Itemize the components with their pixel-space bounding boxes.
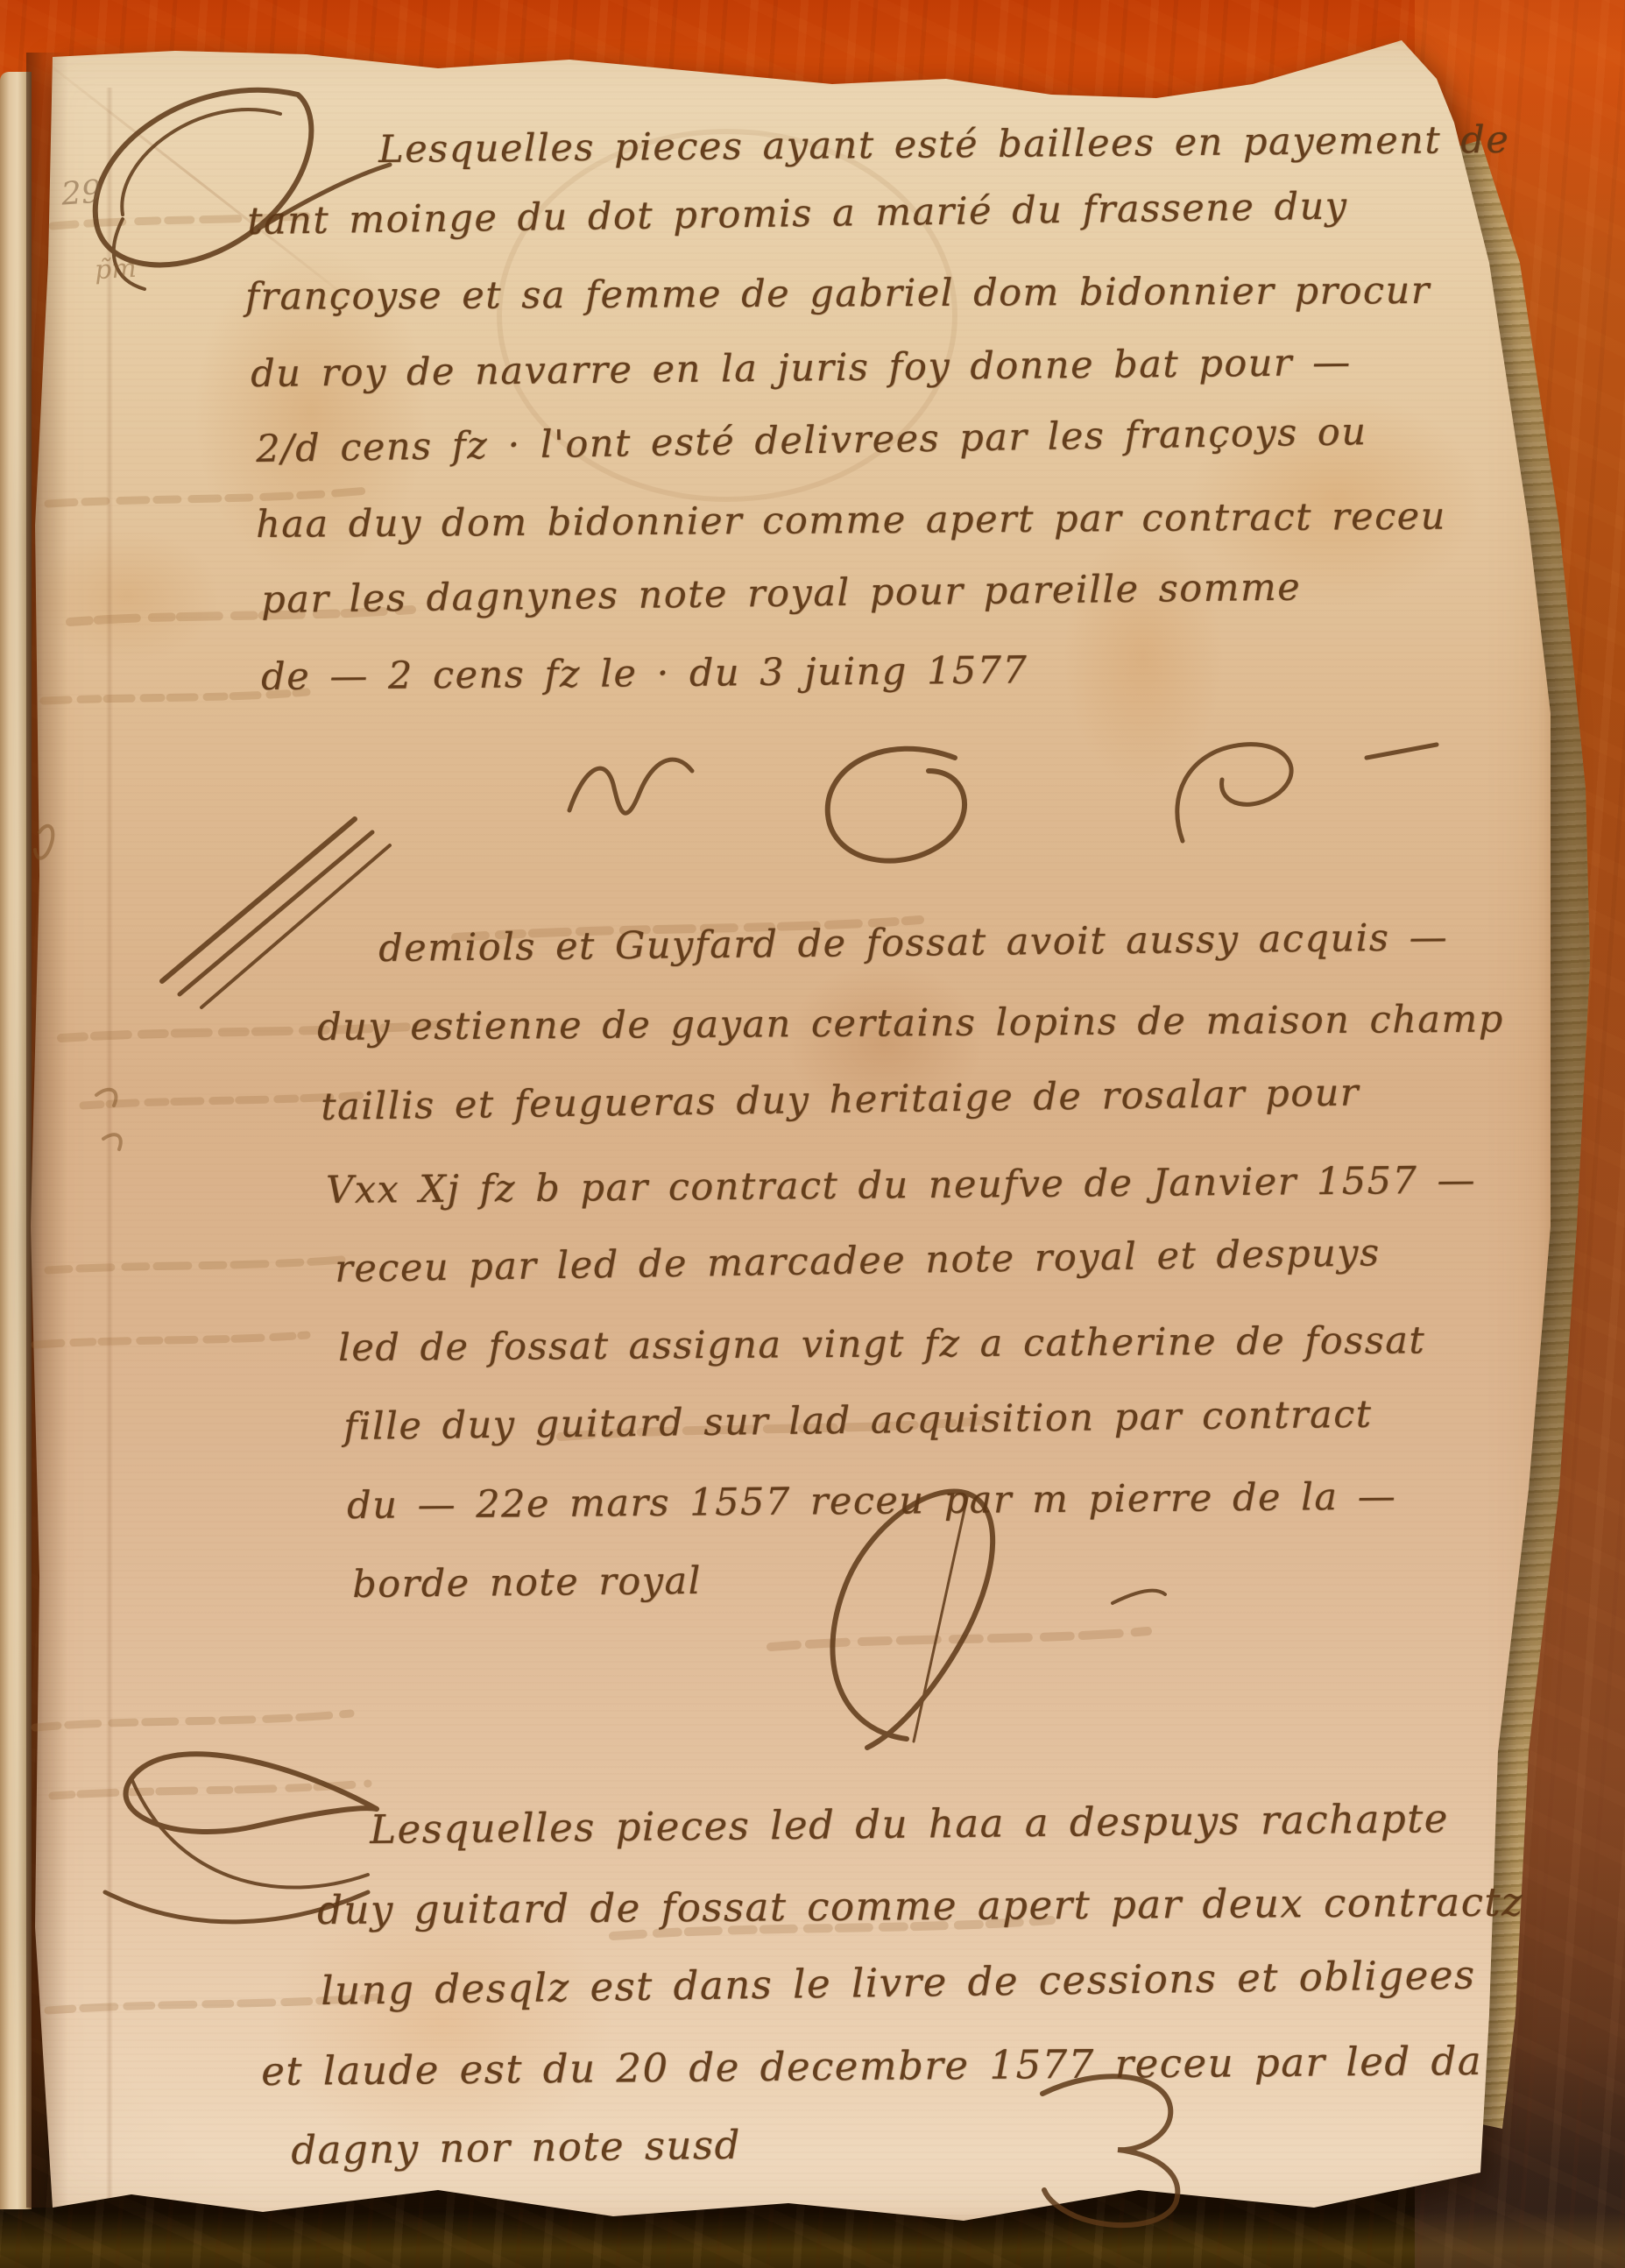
manuscript-photo: 29 p̃m Lesquelles pieces ayant esté bail… [0,0,1625,2268]
vertical-fold-crease [106,88,113,2208]
manuscript-line: Lesquelles pieces ayant esté baillees en… [378,122,1509,169]
horizontal-fold-crease-2 [22,39,399,42]
manuscript-line: duy estienne de gayan certains lopins de… [317,1001,1504,1047]
manuscript-line: du — 22e mars 1557 receu par m pierre de… [347,1479,1396,1525]
manuscript-line: françoyse et sa femme de gabriel dom bid… [245,272,1431,316]
manuscript-line: de — 2 cens fz le · du 3 juing 1577 [261,652,1028,696]
binding-gutter-shadow [26,53,68,2208]
manuscript-line: Lesquelles pieces led du haa a despuys r… [370,1798,1449,1849]
manuscript-line: borde note royal [352,1563,702,1604]
manuscript-line: led de fossat assigna vingt fz a catheri… [338,1322,1425,1367]
horizontal-fold-crease [22,35,512,39]
manuscript-line: demiols et Guyfard de fossat avoit aussy… [378,919,1448,968]
manuscript-line: haa duy dom bidonnier comme apert par co… [256,498,1446,544]
folio-number: 29 [60,173,103,212]
manuscript-line: et laude est du 20 de decembre 1577 rece… [261,2041,1482,2091]
manuscript-line: dagny nor note susd [291,2125,741,2170]
manuscript-line: du roy de navarre en la juris foy donne … [251,344,1352,393]
manuscript-line: duy guitard de fossat comme apert par de… [317,1882,1523,1930]
margin-annotation: p̃m [94,253,137,286]
manuscript-line: Vxx Xj fz b par contract du neufve de Ja… [326,1162,1476,1210]
